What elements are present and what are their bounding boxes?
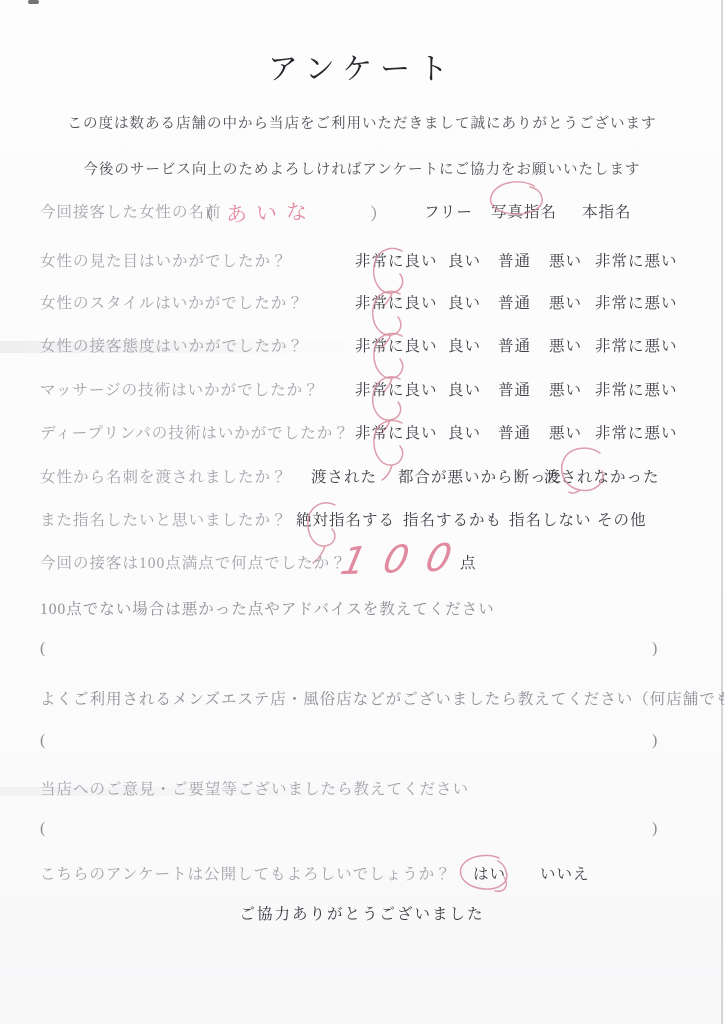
score-question-label: 今回の接客は100点満点で何点でしたか？ <box>40 551 347 573</box>
option-normal: 普通 <box>498 378 531 400</box>
option-other: その他 <box>597 508 647 530</box>
option-very-bad: 非常に悪い <box>595 334 678 356</box>
option-good: 良い <box>448 291 481 313</box>
answer-line-other-shops: ( ) <box>0 732 724 756</box>
paren-open: （ <box>197 200 214 225</box>
ink-circle-photo-nomination <box>484 178 552 218</box>
name-question-label: 今回接客した女性の名前 <box>40 200 222 222</box>
option-good: 良い <box>448 421 481 443</box>
option-good: 良い <box>448 249 481 271</box>
rating-question-label: マッサージの技術はいかがでしたか？ <box>40 378 320 400</box>
question-row-looks: 女性の見た目はいかがでしたか？ 非常に良い 良い 普通 悪い 非常に悪い <box>0 249 724 273</box>
option-bad: 悪い <box>549 249 582 271</box>
ink-circle-not-received <box>556 443 616 497</box>
option-very-bad: 非常に悪い <box>595 421 678 443</box>
option-bad: 悪い <box>549 334 582 356</box>
question-row-massage-skill: マッサージの技術はいかがでしたか？ 非常に良い 良い 普通 悪い 非常に悪い <box>0 378 724 402</box>
question-row-publish: こちらのアンケートは公開してもよろしいでしょうか？ はい いいえ <box>0 862 724 886</box>
intro-line-1: この度は数ある店舗の中から当店をご利用いただきまして誠にありがとうございます <box>0 112 724 133</box>
option-very-bad: 非常に悪い <box>595 291 678 313</box>
option-normal: 普通 <box>498 249 531 271</box>
option-good: 良い <box>448 334 481 356</box>
answer-line-advice: ( ) <box>0 640 724 664</box>
question-row-score: 今回の接客は100点満点で何点でしたか？ 100 点 <box>0 551 724 591</box>
paren-close: ) <box>652 820 657 838</box>
card-question-label: 女性から名刺を渡されましたか？ <box>40 465 288 487</box>
paren-close: ) <box>652 732 657 750</box>
handwritten-name: あいな <box>226 195 317 228</box>
rating-question-label: ディープリンパの技術はいかがでしたか？ <box>40 421 350 443</box>
intro-line-2: 今後のサービス向上のためよろしければアンケートにご協力をお願いいたします <box>0 158 724 179</box>
answer-line-opinion: ( ) <box>0 820 724 844</box>
question-row-lymph-skill: ディープリンパの技術はいかがでしたか？ 非常に良い 良い 普通 悪い 非常に悪い <box>0 421 724 445</box>
paren-open: ( <box>40 640 45 658</box>
option-bad: 悪い <box>549 291 582 313</box>
advice-question-label: 100点でない場合は悪かった点やアドバイスを教えてください <box>40 597 495 619</box>
option-good: 良い <box>448 378 481 400</box>
paren-close: ) <box>652 640 657 658</box>
ink-circle-yes <box>455 851 523 899</box>
option-normal: 普通 <box>498 291 531 313</box>
option-declined: 都合が悪いから断った <box>398 465 563 487</box>
rating-question-label: 女性の接客態度はいかがでしたか？ <box>40 334 304 356</box>
question-row-style: 女性のスタイルはいかがでしたか？ 非常に良い 良い 普通 悪い 非常に悪い <box>0 291 724 315</box>
option-free: フリー <box>424 200 473 222</box>
question-row-service-attitude: 女性の接客態度はいかがでしたか？ 非常に良い 良い 普通 悪い 非常に悪い <box>0 334 724 358</box>
option-very-bad: 非常に悪い <box>595 249 678 271</box>
option-real-nomination: 本指名 <box>582 200 632 222</box>
rating-question-label: 女性の見た目はいかがでしたか？ <box>40 249 288 271</box>
scan-smudge-top-left <box>28 0 39 4</box>
page-title: アンケート <box>0 44 724 88</box>
handwritten-score: 100 <box>337 535 474 583</box>
option-bad: 悪い <box>549 378 582 400</box>
scanned-survey-page: アンケート この度は数ある店舗の中から当店をご利用いただきまして誠にありがとうご… <box>0 0 724 1024</box>
option-very-bad: 非常に悪い <box>595 378 678 400</box>
option-received: 渡された <box>311 465 377 487</box>
publish-question-label: こちらのアンケートは公開してもよろしいでしょうか？ <box>40 862 452 884</box>
question-row-repeat-nomination: また指名したいと思いましたか？ 絶対指名する 指名するかも 指名しない その他 <box>0 508 724 532</box>
score-unit-label: 点 <box>460 551 477 573</box>
paren-close: ） <box>370 200 387 225</box>
option-no: いいえ <box>540 862 590 884</box>
option-maybe-nominate: 指名するかも <box>403 508 502 530</box>
option-bad: 悪い <box>549 421 582 443</box>
closing-message: ご協力ありがとうございました <box>0 902 724 924</box>
option-normal: 普通 <box>498 334 531 356</box>
repeat-question-label: また指名したいと思いましたか？ <box>40 508 288 530</box>
question-row-name: 今回接客した女性の名前 （ あいな ） フリー 写真指名 本指名 <box>0 200 724 224</box>
paren-open: ( <box>40 820 45 838</box>
other-shops-question-label: よくご利用されるメンズエステ店・風俗店などがございましたら教えてください（何店舗… <box>40 687 724 709</box>
option-normal: 普通 <box>498 421 531 443</box>
rating-question-label: 女性のスタイルはいかがでしたか？ <box>40 291 304 313</box>
opinion-question-label: 当店へのご意見・ご要望等ございましたら教えてください <box>40 777 469 799</box>
paren-open: ( <box>40 732 45 750</box>
option-no-nominate: 指名しない <box>509 508 592 530</box>
